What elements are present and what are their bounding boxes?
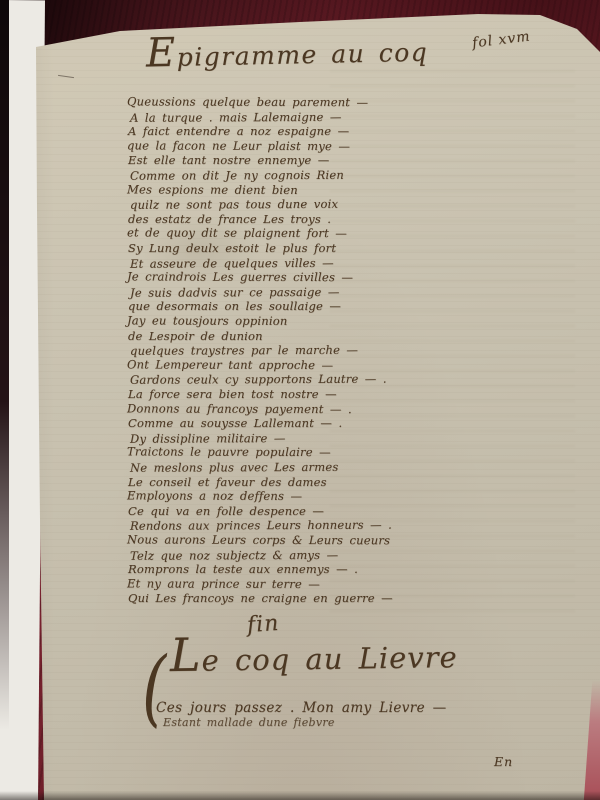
poem-line: Je suis dadvis sur ce passaige — [130,284,480,300]
poem-line: quilz ne sont pas tous dune voix [130,196,480,212]
poem-line: des estatz de france Les troys . [128,212,478,226]
next-poem-line: Ces jours passez . Mon amy Lievre — [156,700,447,716]
next-poem-line: Estant mallade dune fiebvre [163,716,335,729]
poem-line: Queussions quelque beau parement — [127,94,477,109]
poem-line: Et ny aura prince sur terre — [127,576,477,591]
poem-line: Nous aurons Leurs corps & Leurs cueurs [127,532,477,547]
poem-line: que la facon ne Leur plaist mye — [127,138,477,153]
poem-line: Jay eu tousjours oppinion [127,313,477,328]
poem-line: quelques traystres par le marche — [130,342,480,358]
poem-line: Ce qui va en folle despence — [128,504,478,518]
gutter-shadow [0,0,9,730]
poem-line: et de quoy dit se plaignent fort — [127,226,477,241]
poem-line: de Lespoir de dunion [128,329,478,343]
poem-line: Telz que noz subjectz & amys — [130,547,480,563]
poem-line: Rendons aux princes Leurs honneurs — . [130,518,480,534]
poem-line: Traictons le pauvre populaire — [127,445,477,460]
poem-line: Employons a noz deffens — [127,489,477,504]
poem-line: Mes espions me dient bien [127,182,477,197]
poem-line: A faict entendre a noz espaigne — [128,124,478,138]
poem-line: Ont Lempereur tant approche — [127,357,477,372]
catchword: En [494,754,513,769]
manuscript-photo: fol xvm Epigramme au coq Queussions quel… [0,0,600,800]
poem-line: que desormais on les soullaige — [128,299,478,313]
poem-line: Ne meslons plus avec Les armes [130,459,480,475]
poem-line: Comme au souysse Lallemant — . [128,416,478,430]
poem-line: Et asseure de quelques villes — [130,255,480,271]
poem-line: Je craindrois Les guerres civilles — [127,270,477,285]
poem-line: A la turque . mais Lalemaigne — [130,109,480,125]
poem-line: Est elle tant nostre ennemye — [128,153,478,167]
photo-bottom-shadow [0,791,600,800]
poem-line: Qui Les francoys ne craigne en guerre — [128,591,478,605]
poem-line: La force sera bien tost nostre — [128,387,478,401]
poem-line: Sy Lung deulx estoit le plus fort [128,241,478,255]
poem-line: Dy dissipline militaire — [130,430,480,446]
poem-line: Romprons la teste aux ennemys — . [128,562,478,576]
poem-line: Gardons ceulx cy supportons Lautre — . [130,372,480,388]
fin-mark: fin [246,611,280,638]
poem-line: Comme on dit Je ny cognois Rien [130,167,480,183]
poem-line: Le conseil et faveur des dames [128,475,478,489]
next-poem-title: Le coq au Lievre [170,640,470,678]
poem-line: Donnons au francoys payement — . [127,401,477,416]
